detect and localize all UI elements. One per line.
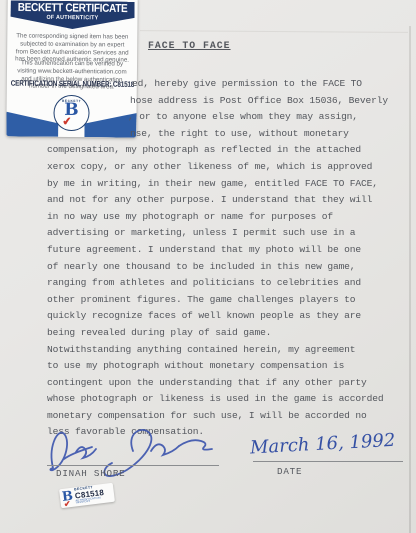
coa-subtitle: OF AUTHENTICITY (10, 14, 134, 22)
letter-line: of nearly one thousand to be included in… (47, 259, 409, 276)
mini-b-logo-icon: B ✔ (61, 489, 74, 506)
paper-top-edge (140, 30, 408, 33)
letter-line: , or to anyone else whom they may assign… (47, 109, 409, 126)
letter-line: future agreement. I understand that my p… (47, 242, 409, 259)
typed-signer-name: DINAH SHORE (56, 468, 125, 479)
letter-line: whose photograph or likeness is used in … (47, 391, 409, 408)
mini-red-checkmark-icon: ✔ (63, 499, 71, 509)
letter-line: and not for any other purpose. I underst… (47, 192, 409, 209)
signature-line (47, 465, 219, 466)
letter-line: ranging from athletes and politicians to… (47, 275, 409, 292)
letter-body: ed, hereby give permission to the FACE T… (47, 76, 409, 441)
letter-line: ed, hereby give permission to the FACE T… (47, 76, 409, 93)
letter-line: quickly recognize faces of well known pe… (47, 308, 409, 325)
mini-beckett-sticker: B ✔ BECKETT C81518 AUTHENTICATION SERVIC… (59, 483, 115, 508)
letter-line: nse, the right to use, without monetary (47, 126, 409, 143)
letter-line: monetary compensation for such use, I wi… (47, 408, 409, 425)
scanned-document-photo: BECKETT CERTIFICATE OF AUTHENTICITY The … (0, 0, 416, 533)
letter-line: hose address is Post Office Box 15036, B… (47, 93, 409, 110)
mini-sticker-text: BECKETT C81518 AUTHENTICATION SERVICES (74, 484, 113, 505)
letter-line: xerox copy, or any other likeness of me,… (47, 159, 409, 176)
letter-title: FACE TO FACE (148, 40, 231, 51)
date-label: DATE (277, 466, 302, 477)
letter-line: advertising or marketing, unless I permi… (47, 225, 409, 242)
date-line (253, 461, 403, 462)
letter-line: to use my photograph without monetary co… (47, 358, 409, 375)
letter-line: being revealed during play of said game. (47, 325, 409, 342)
letter-line: Notwithstanding anything contained herei… (47, 342, 409, 359)
coa-header-banner: BECKETT CERTIFICATE OF AUTHENTICITY (10, 0, 134, 29)
letter-line: compensation, my photograph as reflected… (47, 142, 409, 159)
letter-line: contingent upon the understanding that i… (47, 375, 409, 392)
letter-line: by me in writing, in their new game, ent… (47, 176, 409, 193)
letter-line: in no way use my photograph or name for … (47, 209, 409, 226)
paper-right-edge (409, 26, 411, 533)
letter-line: other prominent figures. The game challe… (47, 292, 409, 309)
